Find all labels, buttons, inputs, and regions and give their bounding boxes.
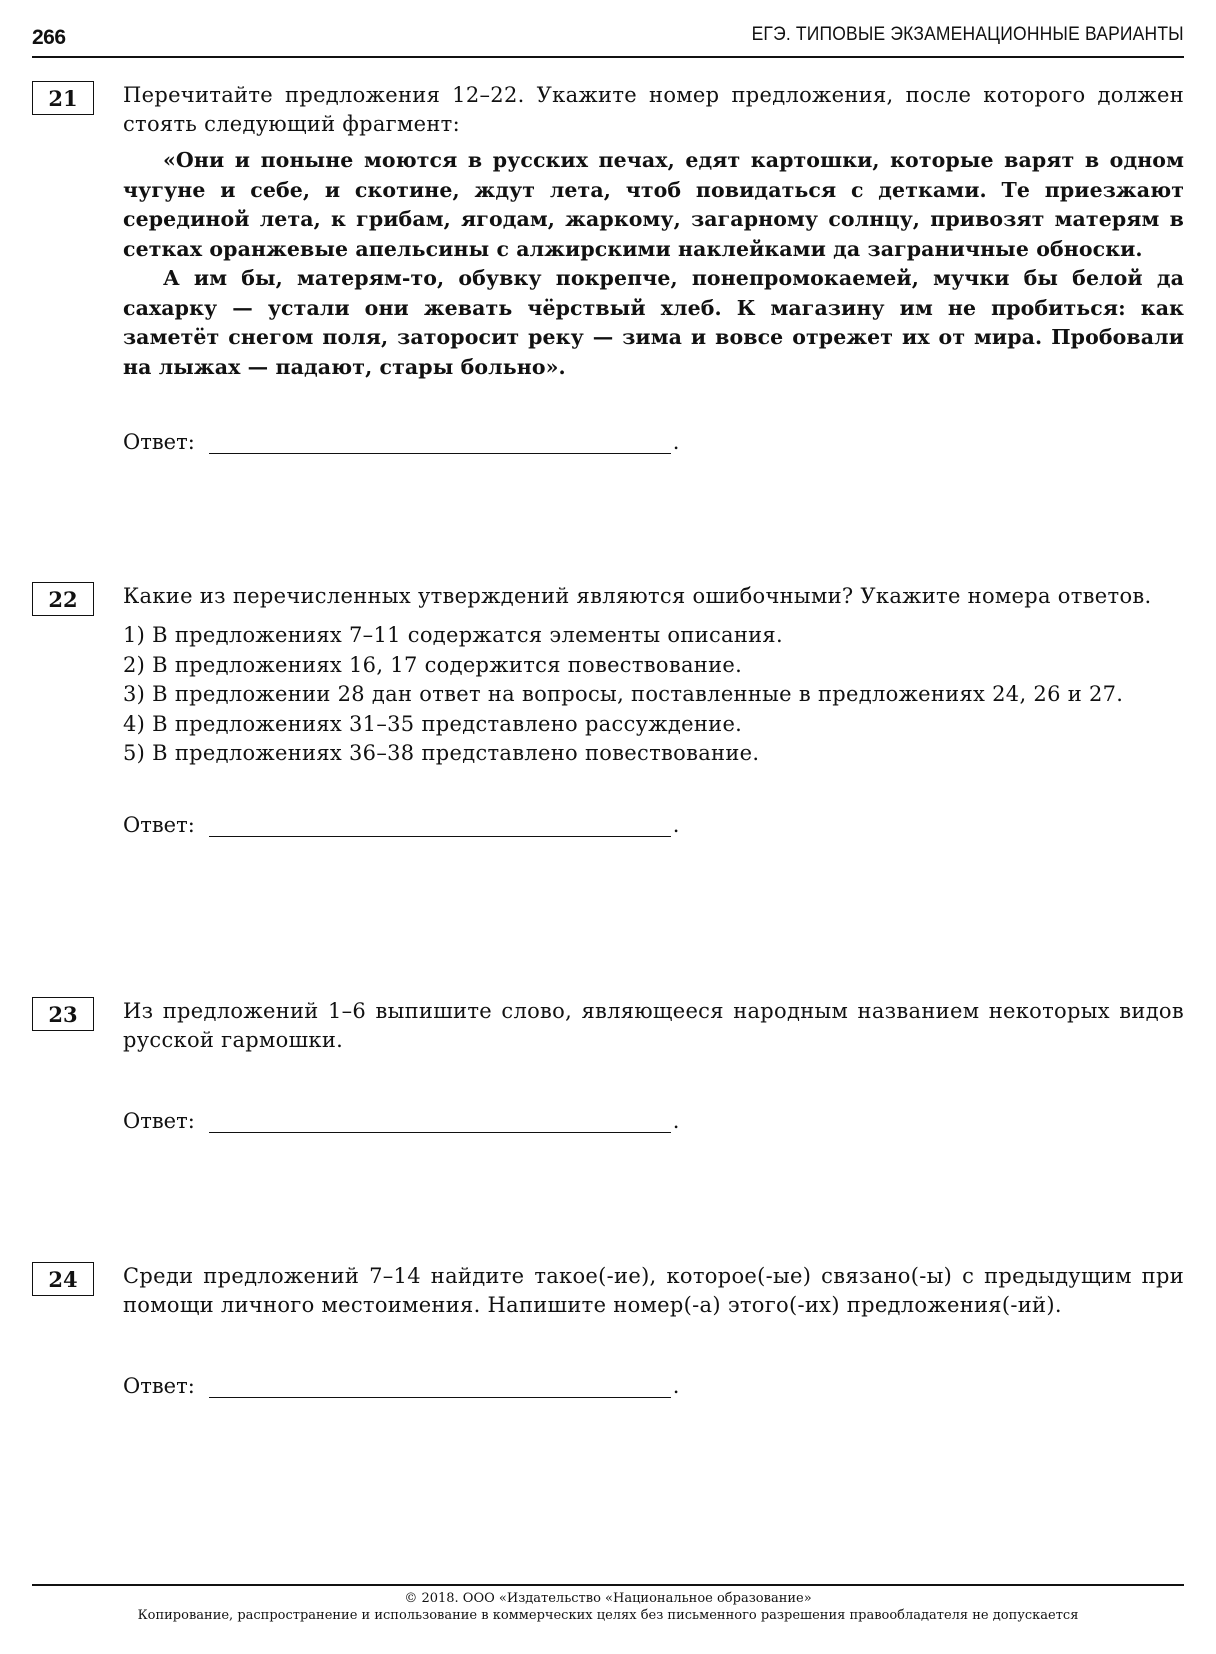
task-number-badge: 22 <box>32 582 94 616</box>
running-title: ЕГЭ. ТИПОВЫЕ ЭКЗАМЕНАЦИОННЫЕ ВАРИАНТЫ <box>752 24 1184 46</box>
answer-label: Ответ: <box>123 813 195 837</box>
answer-period: . <box>673 813 680 837</box>
answer-row: Ответ: . <box>123 430 1184 454</box>
task-number-badge: 21 <box>32 81 94 115</box>
page-number: 266 <box>32 26 66 50</box>
footer-rule <box>32 1584 1184 1586</box>
answer-field[interactable] <box>209 435 671 454</box>
task-prompt: Перечитайте предложения 12–22. Укажите н… <box>123 81 1184 139</box>
copyright-line: © 2018. ООО «Издательство «Национальное … <box>0 1590 1216 1607</box>
statement-list: 1) В предложениях 7–11 содержатся элемен… <box>123 621 1184 769</box>
task-prompt: Среди предложений 7–14 найдите такое(-ие… <box>123 1262 1184 1320</box>
footer: © 2018. ООО «Издательство «Национальное … <box>0 1590 1216 1624</box>
statement-item: 3) В предложении 28 дан ответ на вопросы… <box>123 680 1184 710</box>
task-23: 23 Из предложений 1–6 выпишите слово, яв… <box>32 997 1184 1133</box>
answer-field[interactable] <box>209 1379 671 1398</box>
answer-field[interactable] <box>209 818 671 837</box>
task-prompt: Из предложений 1–6 выпишите слово, являю… <box>123 997 1184 1055</box>
answer-label: Ответ: <box>123 1109 195 1133</box>
answer-row: Ответ: . <box>123 1374 1184 1398</box>
task-number-badge: 24 <box>32 1262 94 1296</box>
task-21: 21 Перечитайте предложения 12–22. Укажит… <box>32 81 1184 454</box>
answer-label: Ответ: <box>123 1374 195 1398</box>
header-rule <box>32 56 1184 58</box>
fragment-paragraph: «Они и поныне моются в русских печах, ед… <box>123 146 1184 264</box>
statement-item: 4) В предложениях 31–35 представлено рас… <box>123 710 1184 740</box>
task-number-badge: 23 <box>32 997 94 1031</box>
statement-item: 1) В предложениях 7–11 содержатся элемен… <box>123 621 1184 651</box>
task-22: 22 Какие из перечисленных утверждений яв… <box>32 582 1184 837</box>
answer-period: . <box>673 430 680 454</box>
answer-row: Ответ: . <box>123 813 1184 837</box>
task-24: 24 Среди предложений 7–14 найдите такое(… <box>32 1262 1184 1398</box>
statement-item: 2) В предложениях 16, 17 содержится пове… <box>123 651 1184 681</box>
fragment-paragraph: А им бы, матерям-то, обувку покрепче, по… <box>123 264 1184 382</box>
answer-label: Ответ: <box>123 430 195 454</box>
quoted-fragment: «Они и поныне моются в русских печах, ед… <box>123 146 1184 382</box>
answer-period: . <box>673 1109 680 1133</box>
answer-field[interactable] <box>209 1114 671 1133</box>
answer-period: . <box>673 1374 680 1398</box>
statement-item: 5) В предложениях 36–38 представлено пов… <box>123 739 1184 769</box>
copyright-notice: Копирование, распространение и использов… <box>0 1607 1216 1624</box>
answer-row: Ответ: . <box>123 1109 1184 1133</box>
task-prompt: Какие из перечисленных утверждений являю… <box>123 582 1184 611</box>
